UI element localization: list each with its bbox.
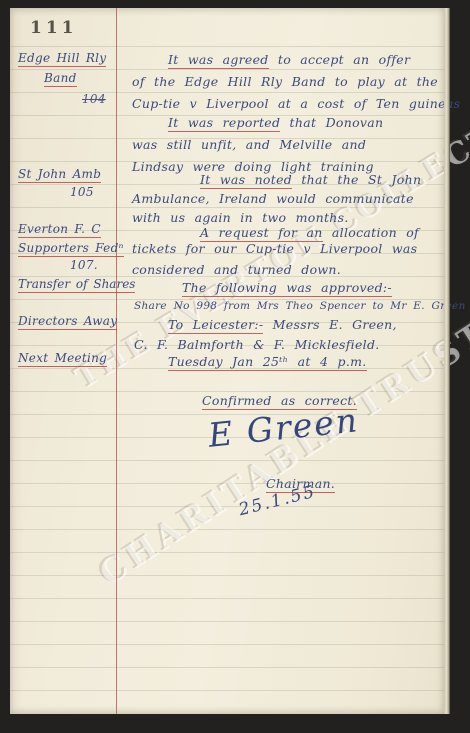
margin-note: Band [44,71,77,85]
page-edge [444,8,450,714]
scan-background: { "page_number": "111", "watermark": { "… [0,0,470,733]
page-number: 111 [30,18,78,38]
margin-note: Supporters Fedⁿ [18,241,124,255]
minute-line: of the Edge Hill Rly Band to play at the [132,74,438,89]
minute-line: tickets for our Cup-tie v Liverpool was [132,241,417,256]
minute-line: with us again in two months. [132,210,349,225]
ledger-page: THE EVERTON COLLECTION CHARITABLE TRUST … [10,8,444,714]
margin-note: Directors Away [18,314,117,328]
minute-line: It was agreed to accept an offer [168,52,410,67]
margin-note: St John Amb [18,167,101,181]
minute-line: Share No 998 from Mrs Theo Spencer to Mr… [134,300,466,312]
margin-note: Edge Hill Rly [18,51,106,65]
red-margin-line [116,8,117,714]
minute-line: was still unfit, and Melville and [132,137,366,152]
minute-line: Tuesday Jan 25ᵗʰ at 4 p.m. [168,354,367,369]
minute-line: C. F. Balmforth & F. Micklesfield. [134,337,380,352]
margin-note-number: 105 [70,185,94,199]
minute-line: It was reported that Donovan [168,115,383,130]
margin-note-number: 107. [70,258,98,272]
margin-note-number: 104 [82,92,106,106]
margin-note: Next Meeting [18,351,107,365]
minute-line: considered and turned down. [132,262,341,277]
minute-line: Ambulance, Ireland would communicate [132,191,414,206]
margin-note: Everton F. C [18,222,101,236]
minute-line: To Leicester:- Messrs E. Green, [168,317,397,332]
margin-note: Transfer of Shares [18,277,135,291]
minute-line: A request for an allocation of [200,225,419,240]
minute-line: Cup-tie v Liverpool at a cost of Ten gui… [132,96,460,111]
minute-line: It was noted that the St John [200,172,421,187]
minute-line: The following was approved:- [182,280,392,295]
